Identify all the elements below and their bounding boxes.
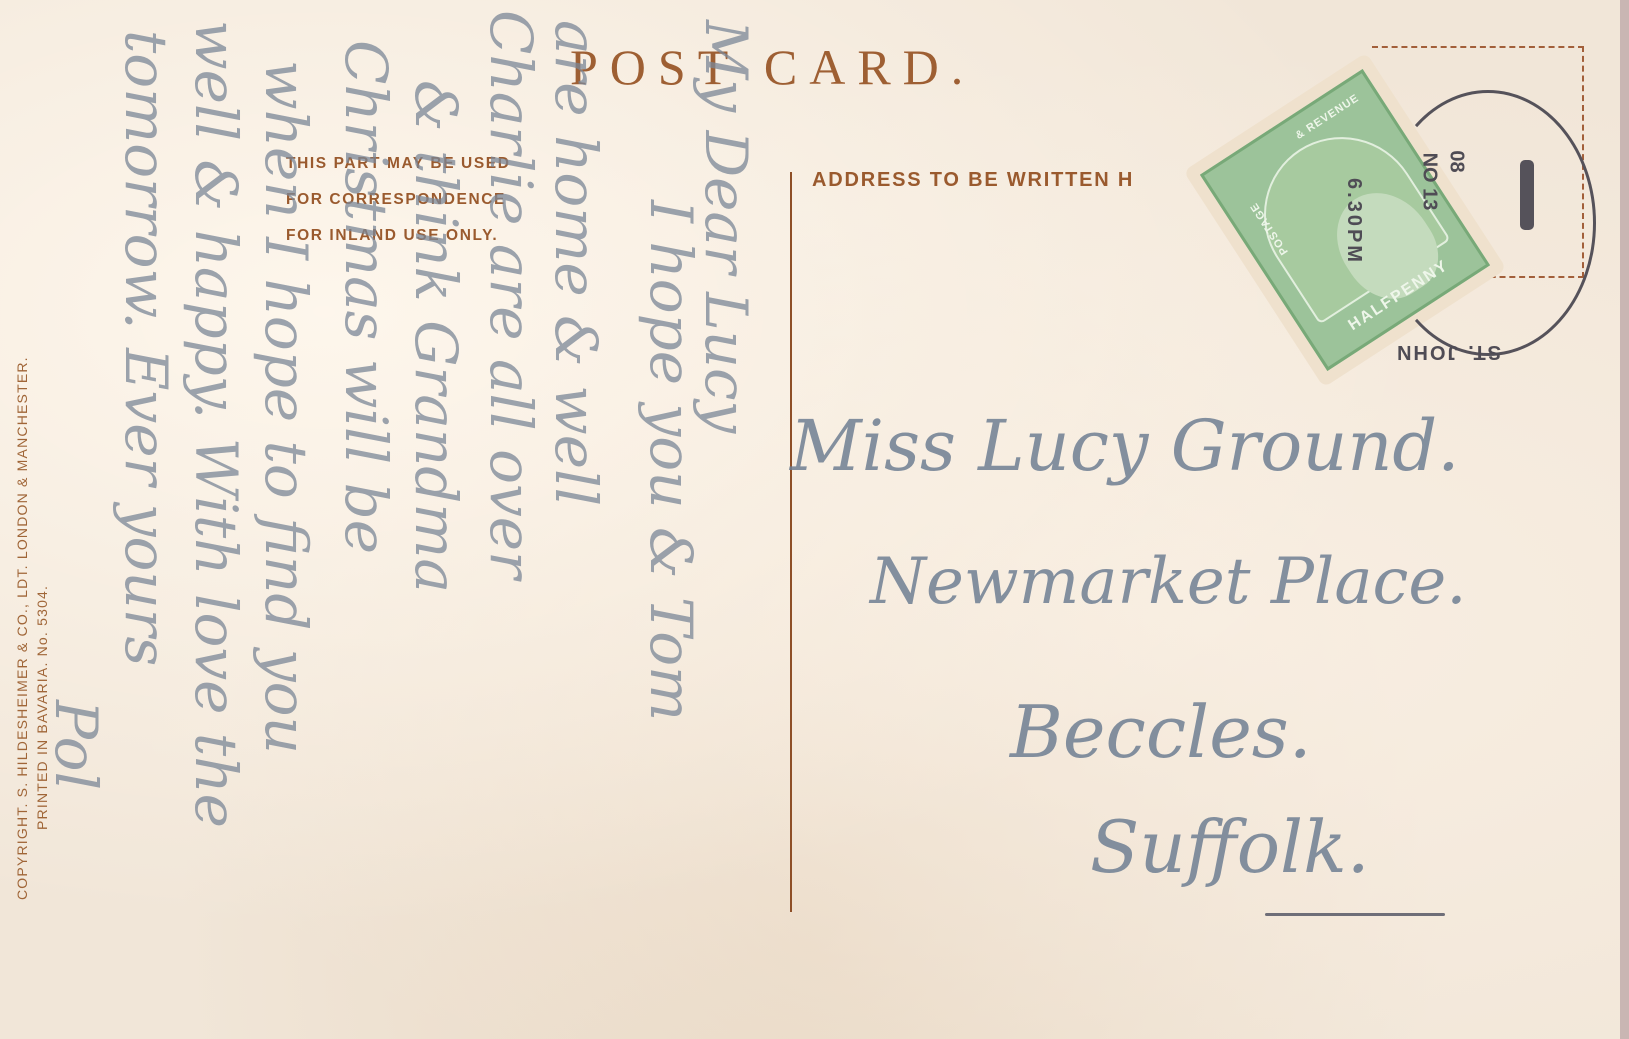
postmark-ring	[1380, 90, 1596, 356]
postcard-title: POST CARD.	[570, 38, 975, 96]
message-line: & think Grandma	[402, 80, 470, 593]
address-line-county: Suffolk.	[1090, 805, 1370, 889]
publisher-imprint: COPYRIGHT. S. HILDESHEIMER & CO., LDT. L…	[12, 356, 52, 900]
address-line-name: Miss Lucy Ground.	[790, 405, 1459, 487]
message-line: I hope you & Tom	[637, 200, 705, 721]
address-heading: ADDRESS TO BE WRITTEN H	[812, 169, 1134, 192]
message-line: Charlie are all over	[477, 10, 545, 579]
address-line-town: Beccles.	[1010, 690, 1312, 774]
message-signature: Pol	[42, 700, 110, 790]
postmark-time: 6.30PM	[1342, 178, 1365, 265]
postcard: POST CARD. THIS PART MAY BE USED FOR COR…	[0, 0, 1620, 1039]
center-divider	[790, 172, 792, 912]
message-line: are home & well	[542, 20, 610, 506]
message-line: tomorrow. Ever yours	[112, 30, 180, 666]
scan-edge	[1620, 0, 1629, 1039]
message-line: when I hope to find you	[252, 60, 320, 754]
postmark-cancel-bar	[1520, 160, 1534, 230]
county-underline	[1265, 913, 1445, 916]
imprint-line: COPYRIGHT. S. HILDESHEIMER & CO., LDT. L…	[12, 356, 32, 900]
message-line: Christmas will be	[332, 40, 400, 554]
postmark-place: ST. JOHN	[1395, 340, 1501, 363]
message-line: well & happy. With love the	[182, 20, 250, 828]
postmark-year: 08	[1445, 150, 1468, 172]
address-line-street: Newmarket Place.	[870, 545, 1467, 619]
imprint-line: PRINTED IN BAVARIA. No. 5304.	[32, 356, 52, 900]
postmark-date: NO 13	[1417, 153, 1440, 211]
